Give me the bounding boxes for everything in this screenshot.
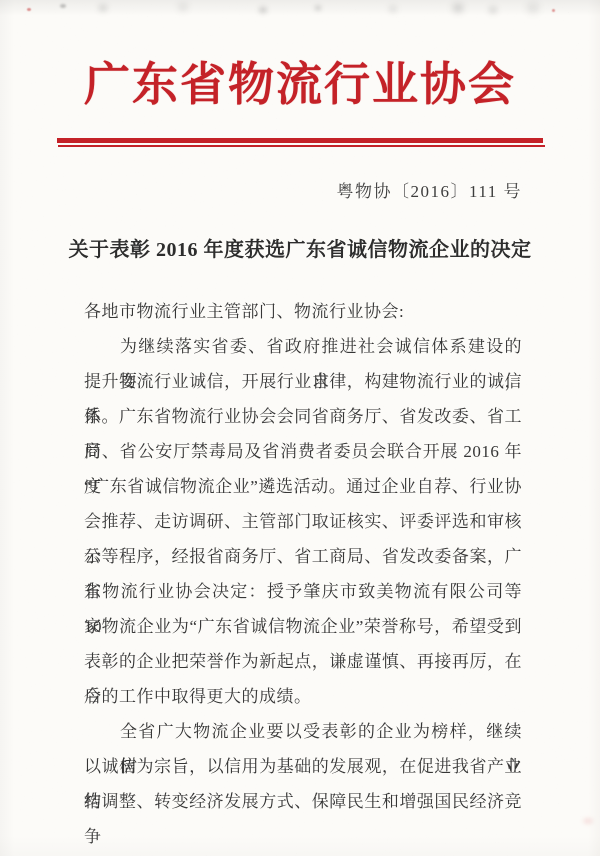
body-line: 示等程序，经报省商务厅、省工商局、省发改委备案，广东 [84,539,522,574]
organization-title: 广东省物流行业协会 [0,56,600,114]
body-line: 会推荐、走访调研、主管部门取证核实、评委评选和审核公 [84,504,522,539]
letterhead-rule [57,138,543,147]
body-line: 全省广大物流企业要以受表彰的企业为榜样，继续树立 [84,714,522,749]
document-heading: 关于表彰 2016 年度获选广东省诚信物流企业的决定 [0,233,600,262]
scan-red-speck [552,9,555,12]
body-line: 家物流企业为“广东省诚信物流企业”荣誉称号，希望受到 [84,609,522,644]
body-line: 各地市物流行业主管部门、物流行业协会: [84,294,522,329]
body-line: “广东省诚信物流企业”遴选活动。通过企业自荐、行业协 [84,469,522,504]
scan-red-speck [27,8,31,11]
document-body: 各地市物流行业主管部门、物流行业协会:为继续落实省委、省政府推进社会诚信体系建设… [84,294,522,819]
scanned-document-page: 广东省物流行业协会 粤物协〔2016〕111 号 关于表彰 2016 年度获选广… [0,0,600,856]
body-line: 提升物流行业诚信，开展行业自律，构建物流行业的诚信体 [84,364,522,399]
body-line: 系。广东省物流行业协会会同省商务厅、省发改委、省工商 [84,399,522,434]
letterhead-rule-thick [57,138,543,143]
body-line: 以诚信为宗旨，以信用为基础的发展观，在促进我省产业结 [84,749,522,784]
body-line: 后的工作中取得更大的成绩。 [84,679,522,714]
scan-smudge-top [60,4,66,8]
body-line: 构调整、转变经济发展方式、保障民生和增强国民经济竞争 [84,784,522,819]
scan-red-speck [583,818,593,824]
body-line: 省物流行业协会决定：授予肇庆市致美物流有限公司等 10 [84,574,522,609]
letterhead-rule-thin [58,145,545,147]
body-line: 局、省公安厅禁毒局及省消费者委员会联合开展 2016 年度 [84,434,522,469]
body-line: 为继续落实省委、省政府推进社会诚信体系建设的要求， [84,329,522,364]
body-line: 表彰的企业把荣誉作为新起点，谦虚谨慎、再接再厉，在今 [84,644,522,679]
document-number: 粤物协〔2016〕111 号 [337,177,523,202]
